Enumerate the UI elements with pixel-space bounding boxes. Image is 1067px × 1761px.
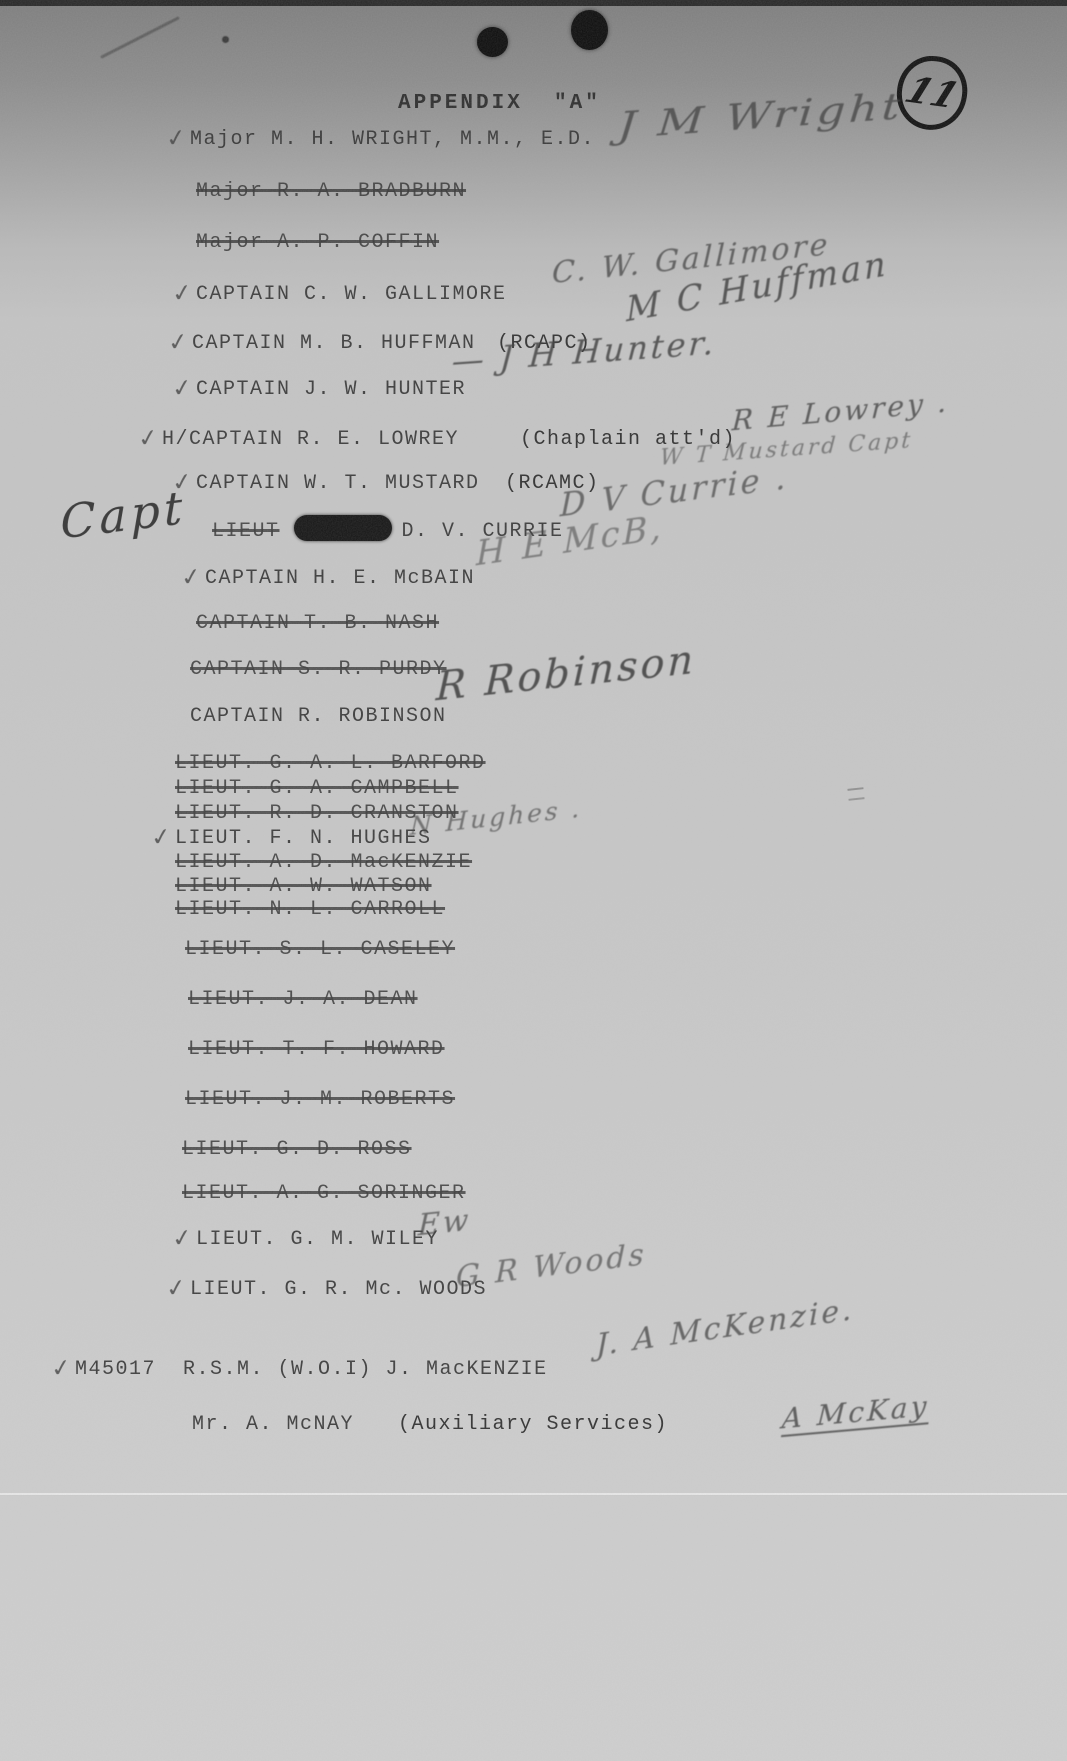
roster-row: ✓Major M. H. WRIGHT, M.M., E.D. — [190, 128, 595, 151]
roster-row: LIEUT. A. W. WATSON — [175, 875, 432, 898]
roster-entry-text: H/CAPTAIN R. E. LOWREY — [162, 428, 459, 451]
signature-handwriting: J M Wright — [617, 86, 905, 147]
roster-entry-text: Major M. H. WRIGHT, M.M., E.D. — [190, 128, 595, 151]
roster-row: CAPTAIN T. B. NASH — [196, 612, 439, 635]
roster-entry-text: LIEUT. G. R. Mc. WOODS — [190, 1278, 487, 1301]
roster-entry-text: LIEUT. A. W. WATSON — [175, 875, 432, 898]
checkmark-icon: ✓ — [170, 278, 194, 309]
roster-entry-text: LIEUT. T. F. HOWARD — [188, 1038, 445, 1061]
roster-row: ✓LIEUT. G. M. WILEY — [196, 1228, 439, 1251]
pencil-mark — [100, 16, 180, 59]
checkmark-icon: ✓ — [164, 1273, 188, 1304]
roster-row: LIEUT. G. A. L. BARFORD — [175, 752, 486, 775]
roster-entry-text: LIEUT. G. A. CAMPBELL — [175, 777, 459, 800]
roster-entry-text: CAPTAIN S. R. PURDY — [190, 658, 447, 681]
roster-row: LIEUT. J. A. DEAN — [188, 988, 418, 1011]
crease-line — [0, 1493, 1067, 1496]
signature-handwriting: G R Woods — [456, 1236, 647, 1295]
roster-row: LIEUT. A. G. SORINGER — [182, 1182, 466, 1205]
signature-handwriting: N Hughes . — [409, 794, 582, 841]
roster-entry-text: LIEUT. J. M. ROBERTS — [185, 1088, 455, 1111]
roster-entry-text: LIEUT. G. D. ROSS — [182, 1138, 412, 1161]
roster-entry-text: M45017 R.S.M. (W.O.I) J. MacKENZIE — [75, 1358, 548, 1381]
roster-row: ✓H/CAPTAIN R. E. LOWREY — [162, 428, 459, 451]
roster-row: ✓LIEUT. F. N. HUGHES — [175, 827, 432, 850]
roster-row: LIEUT. N. L. CARROLL — [175, 898, 445, 921]
roster-row: LIEUT. J. M. ROBERTS — [185, 1088, 455, 1111]
checkmark-icon: ✓ — [170, 373, 194, 404]
signature-handwriting: J. A McKenzie. — [596, 1292, 854, 1364]
punch-hole — [477, 27, 508, 57]
roster-entry-text: CAPTAIN J. W. HUNTER — [196, 378, 466, 401]
roster-entry-text: CAPTAIN M. B. HUFFMAN — [192, 332, 476, 355]
checkmark-icon: ✓ — [170, 1223, 194, 1254]
stray-mark — [847, 787, 864, 801]
roster-row: ✓CAPTAIN W. T. MUSTARD — [196, 472, 480, 495]
margin-note-capt: Capt — [60, 480, 187, 550]
checkmark-icon: ✓ — [166, 327, 190, 358]
roster-entry-text: CAPTAIN R. ROBINSON — [190, 705, 447, 728]
checkmark-icon: ✓ — [49, 1353, 73, 1384]
roster-entry-text: CAPTAIN H. E. McBAIN — [205, 567, 475, 590]
roster-entry-text: LIEUT. S. L. CASELEY — [185, 938, 455, 961]
roster-row: LIEUT. G. A. CAMPBELL — [175, 777, 459, 800]
page-number: 11 — [899, 69, 965, 116]
roster-entry-text: CAPTAIN W. T. MUSTARD — [196, 472, 480, 495]
roster-row: ✓CAPTAIN C. W. GALLIMORE — [196, 283, 507, 306]
roster-row: ✓CAPTAIN M. B. HUFFMAN — [192, 332, 476, 355]
roster-entry-text: Major A. P. COFFIN — [196, 231, 439, 254]
checkmark-icon: ✓ — [149, 822, 173, 853]
roster-row: ✓CAPTAIN H. E. McBAIN — [205, 567, 475, 590]
roster-entry-text: LIEUT. A. G. SORINGER — [182, 1182, 466, 1205]
roster-entry-rank: LIEUT — [212, 520, 280, 543]
roster-entry-text: LIEUT. G. A. L. BARFORD — [175, 752, 486, 775]
roster-row: LIEUT. T. F. HOWARD — [188, 1038, 445, 1061]
redaction-blob — [294, 515, 392, 541]
checkmark-icon: ✓ — [164, 123, 188, 154]
signature-handwriting: R Robinson — [435, 636, 697, 710]
signature-handwriting: R E Lowrey . — [731, 385, 950, 437]
roster-row: Major R. A. BRADBURN — [196, 180, 466, 203]
roster-entry-text: LIEUT. N. L. CARROLL — [175, 898, 445, 921]
roster-row: CAPTAIN R. ROBINSON — [190, 705, 447, 728]
roster-row: Major A. P. COFFIN — [196, 231, 439, 254]
roster-entry-text: LIEUT. F. N. HUGHES — [175, 827, 432, 850]
scanned-page: 11 APPENDIX "A" ✓Major M. H. WRIGHT, M.M… — [0, 0, 1067, 1761]
roster-entry-text: CAPTAIN C. W. GALLIMORE — [196, 283, 507, 306]
signature-handwriting: — J H Hunter. — [451, 323, 718, 380]
roster-row: LIEUT. G. D. ROSS — [182, 1138, 412, 1161]
roster-row: LIEUT. S. L. CASELEY — [185, 938, 455, 961]
roster-row: Mr. A. McNAY — [192, 1413, 354, 1436]
roster-entry-text: Mr. A. McNAY — [192, 1413, 354, 1436]
film-grain-overlay — [0, 0, 1067, 1761]
roster-row: ✓LIEUT. G. R. Mc. WOODS — [190, 1278, 487, 1301]
roster-row: ✓CAPTAIN J. W. HUNTER — [196, 378, 466, 401]
checkmark-icon: ✓ — [136, 423, 160, 454]
roster-entry-text: LIEUT. G. M. WILEY — [196, 1228, 439, 1251]
roster-entry-text: LIEUT. J. A. DEAN — [188, 988, 418, 1011]
scan-edge-shadow — [0, 0, 1067, 6]
roster-entry-text: Major R. A. BRADBURN — [196, 180, 466, 203]
punch-hole — [571, 10, 608, 50]
signature-handwriting: Ew — [417, 1202, 472, 1243]
entry-note: (Auxiliary Services) — [398, 1413, 668, 1436]
signature-handwriting: A McKay — [781, 1389, 930, 1435]
roster-row: LIEUT. A. D. MacKENZIE — [175, 851, 472, 874]
roster-row: ✓M45017 R.S.M. (W.O.I) J. MacKENZIE — [75, 1358, 548, 1381]
roster-row: CAPTAIN S. R. PURDY — [190, 658, 447, 681]
pencil-dot — [222, 36, 229, 43]
roster-entry-text: LIEUT. A. D. MacKENZIE — [175, 851, 472, 874]
checkmark-icon: ✓ — [179, 562, 203, 593]
roster-entry-text: CAPTAIN T. B. NASH — [196, 612, 439, 635]
page-title: APPENDIX "A" — [398, 92, 601, 115]
